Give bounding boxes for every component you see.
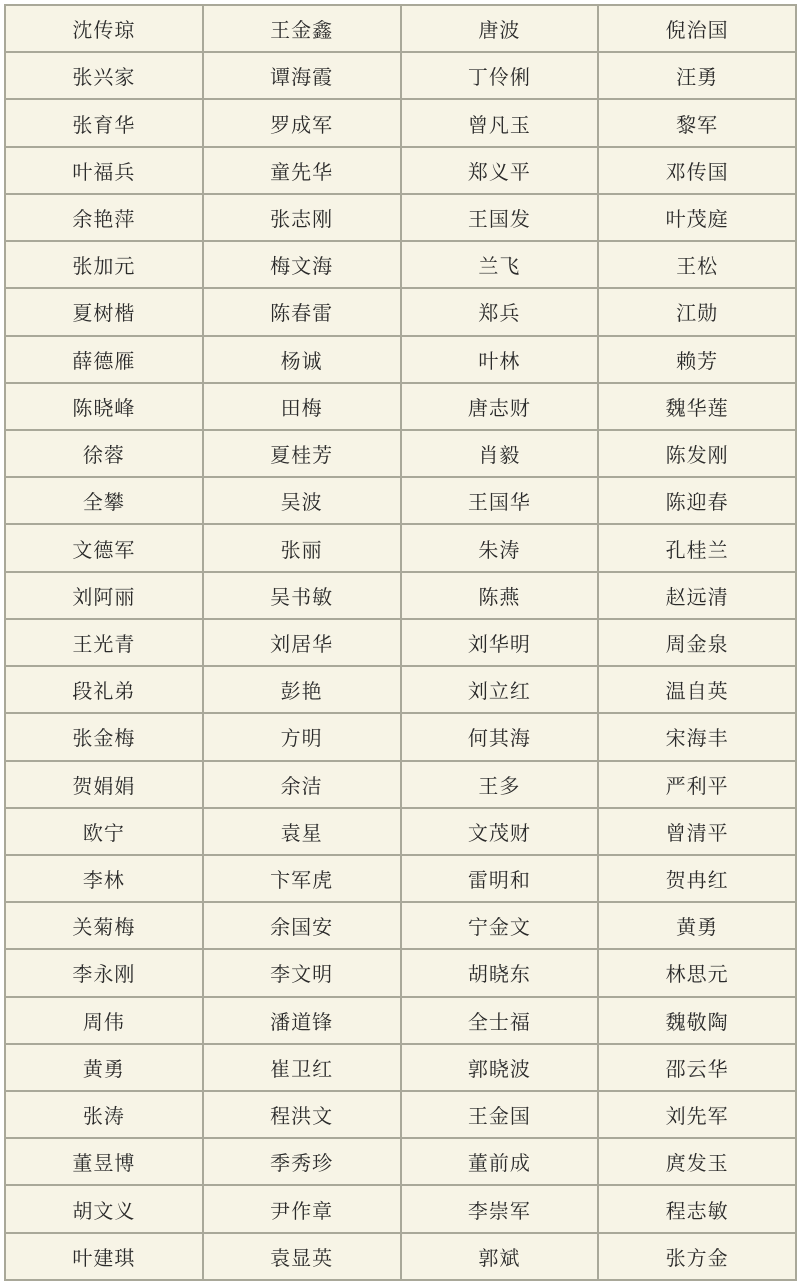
name-cell: 程洪文 <box>203 1091 401 1138</box>
name-cell: 叶福兵 <box>5 147 203 194</box>
name-cell: 唐志财 <box>401 383 599 430</box>
name-cell: 邵云华 <box>598 1044 796 1091</box>
name-cell: 丁伶俐 <box>401 52 599 99</box>
name-cell: 黎军 <box>598 99 796 146</box>
name-cell: 余国安 <box>203 902 401 949</box>
name-cell: 卞军虎 <box>203 855 401 902</box>
name-cell: 张涛 <box>5 1091 203 1138</box>
name-cell: 倪治国 <box>598 5 796 52</box>
name-cell: 曾凡玉 <box>401 99 599 146</box>
table-row: 胡文义尹作章李崇军程志敏 <box>5 1185 796 1232</box>
table-row: 沈传琼王金鑫唐波倪治国 <box>5 5 796 52</box>
table-row: 张兴家谭海霞丁伶俐汪勇 <box>5 52 796 99</box>
name-cell: 程志敏 <box>598 1185 796 1232</box>
name-cell: 尹作章 <box>203 1185 401 1232</box>
name-cell: 夏桂芳 <box>203 430 401 477</box>
name-cell: 王多 <box>401 761 599 808</box>
name-cell: 叶建琪 <box>5 1233 203 1280</box>
name-cell: 王国华 <box>401 477 599 524</box>
name-cell: 张加元 <box>5 241 203 288</box>
table-row: 文德军张丽朱涛孔桂兰 <box>5 524 796 571</box>
name-cell: 刘阿丽 <box>5 572 203 619</box>
name-cell: 季秀珍 <box>203 1138 401 1185</box>
name-cell: 郭斌 <box>401 1233 599 1280</box>
name-cell: 王光青 <box>5 619 203 666</box>
name-cell: 张兴家 <box>5 52 203 99</box>
name-cell: 全攀 <box>5 477 203 524</box>
name-cell: 胡文义 <box>5 1185 203 1232</box>
name-cell: 童先华 <box>203 147 401 194</box>
name-cell: 郑兵 <box>401 288 599 335</box>
name-cell: 田梅 <box>203 383 401 430</box>
name-cell: 魏敬陶 <box>598 997 796 1044</box>
name-cell: 曾清平 <box>598 808 796 855</box>
table-row: 段礼弟彭艳刘立红温自英 <box>5 666 796 713</box>
name-cell: 林思元 <box>598 949 796 996</box>
name-cell: 彭艳 <box>203 666 401 713</box>
name-cell: 吴书敏 <box>203 572 401 619</box>
name-cell: 贺娟娟 <box>5 761 203 808</box>
name-cell: 王金国 <box>401 1091 599 1138</box>
name-cell: 王松 <box>598 241 796 288</box>
name-cell: 叶茂庭 <box>598 194 796 241</box>
name-cell: 夏树楷 <box>5 288 203 335</box>
name-cell: 庹发玉 <box>598 1138 796 1185</box>
name-cell: 文茂财 <box>401 808 599 855</box>
name-cell: 张志刚 <box>203 194 401 241</box>
name-cell: 徐蓉 <box>5 430 203 477</box>
name-cell: 袁星 <box>203 808 401 855</box>
name-cell: 陈燕 <box>401 572 599 619</box>
table-row: 余艳萍张志刚王国发叶茂庭 <box>5 194 796 241</box>
table-row: 刘阿丽吴书敏陈燕赵远清 <box>5 572 796 619</box>
name-cell: 郭晓波 <box>401 1044 599 1091</box>
name-table-body: 沈传琼王金鑫唐波倪治国张兴家谭海霞丁伶俐汪勇张育华罗成军曾凡玉黎军叶福兵童先华郑… <box>5 5 796 1280</box>
name-cell: 段礼弟 <box>5 666 203 713</box>
table-row: 王光青刘居华刘华明周金泉 <box>5 619 796 666</box>
name-cell: 吴波 <box>203 477 401 524</box>
name-cell: 刘华明 <box>401 619 599 666</box>
name-cell: 李文明 <box>203 949 401 996</box>
name-cell: 张金梅 <box>5 713 203 760</box>
name-cell: 赵远清 <box>598 572 796 619</box>
name-cell: 叶林 <box>401 336 599 383</box>
name-cell: 董昱博 <box>5 1138 203 1185</box>
name-cell: 杨诚 <box>203 336 401 383</box>
table-row: 陈晓峰田梅唐志财魏华莲 <box>5 383 796 430</box>
table-row: 黄勇崔卫红郭晓波邵云华 <box>5 1044 796 1091</box>
name-cell: 汪勇 <box>598 52 796 99</box>
name-cell: 余艳萍 <box>5 194 203 241</box>
name-cell: 周伟 <box>5 997 203 1044</box>
name-cell: 董前成 <box>401 1138 599 1185</box>
name-cell: 王国发 <box>401 194 599 241</box>
name-cell: 赖芳 <box>598 336 796 383</box>
name-cell: 张育华 <box>5 99 203 146</box>
name-cell: 刘先军 <box>598 1091 796 1138</box>
name-cell: 宋海丰 <box>598 713 796 760</box>
name-cell: 关菊梅 <box>5 902 203 949</box>
name-cell: 刘居华 <box>203 619 401 666</box>
name-cell: 陈迎春 <box>598 477 796 524</box>
name-cell: 严利平 <box>598 761 796 808</box>
name-cell: 文德军 <box>5 524 203 571</box>
name-cell: 朱涛 <box>401 524 599 571</box>
name-cell: 李永刚 <box>5 949 203 996</box>
name-cell: 李崇军 <box>401 1185 599 1232</box>
table-row: 张加元梅文海兰飞王松 <box>5 241 796 288</box>
table-row: 张金梅方明何其海宋海丰 <box>5 713 796 760</box>
name-cell: 袁显英 <box>203 1233 401 1280</box>
table-row: 关菊梅余国安宁金文黄勇 <box>5 902 796 949</box>
table-row: 董昱博季秀珍董前成庹发玉 <box>5 1138 796 1185</box>
table-row: 张育华罗成军曾凡玉黎军 <box>5 99 796 146</box>
name-cell: 张方金 <box>598 1233 796 1280</box>
name-cell: 唐波 <box>401 5 599 52</box>
name-cell: 薛德雁 <box>5 336 203 383</box>
name-cell: 崔卫红 <box>203 1044 401 1091</box>
name-cell: 李林 <box>5 855 203 902</box>
name-list-sheet: 沈传琼王金鑫唐波倪治国张兴家谭海霞丁伶俐汪勇张育华罗成军曾凡玉黎军叶福兵童先华郑… <box>4 4 797 1281</box>
name-cell: 宁金文 <box>401 902 599 949</box>
name-cell: 孔桂兰 <box>598 524 796 571</box>
table-row: 李永刚李文明胡晓东林思元 <box>5 949 796 996</box>
name-cell: 温自英 <box>598 666 796 713</box>
name-cell: 黄勇 <box>598 902 796 949</box>
name-cell: 欧宁 <box>5 808 203 855</box>
table-row: 叶建琪袁显英郭斌张方金 <box>5 1233 796 1280</box>
table-row: 徐蓉夏桂芳肖毅陈发刚 <box>5 430 796 477</box>
name-table: 沈传琼王金鑫唐波倪治国张兴家谭海霞丁伶俐汪勇张育华罗成军曾凡玉黎军叶福兵童先华郑… <box>4 4 797 1281</box>
name-cell: 张丽 <box>203 524 401 571</box>
table-row: 贺娟娟余洁王多严利平 <box>5 761 796 808</box>
name-cell: 邓传国 <box>598 147 796 194</box>
name-cell: 何其海 <box>401 713 599 760</box>
name-cell: 全士福 <box>401 997 599 1044</box>
name-cell: 王金鑫 <box>203 5 401 52</box>
name-cell: 魏华莲 <box>598 383 796 430</box>
table-row: 周伟潘道锋全士福魏敬陶 <box>5 997 796 1044</box>
table-row: 薛德雁杨诚叶林赖芳 <box>5 336 796 383</box>
name-cell: 罗成军 <box>203 99 401 146</box>
table-row: 叶福兵童先华郑义平邓传国 <box>5 147 796 194</box>
name-cell: 陈发刚 <box>598 430 796 477</box>
name-cell: 周金泉 <box>598 619 796 666</box>
name-cell: 梅文海 <box>203 241 401 288</box>
name-cell: 陈晓峰 <box>5 383 203 430</box>
name-cell: 方明 <box>203 713 401 760</box>
name-cell: 肖毅 <box>401 430 599 477</box>
table-row: 全攀吴波王国华陈迎春 <box>5 477 796 524</box>
name-cell: 沈传琼 <box>5 5 203 52</box>
name-cell: 刘立红 <box>401 666 599 713</box>
name-cell: 江勋 <box>598 288 796 335</box>
name-cell: 郑义平 <box>401 147 599 194</box>
name-cell: 潘道锋 <box>203 997 401 1044</box>
name-cell: 胡晓东 <box>401 949 599 996</box>
name-cell: 贺冉红 <box>598 855 796 902</box>
table-row: 李林卞军虎雷明和贺冉红 <box>5 855 796 902</box>
name-cell: 雷明和 <box>401 855 599 902</box>
name-cell: 谭海霞 <box>203 52 401 99</box>
name-cell: 余洁 <box>203 761 401 808</box>
table-row: 欧宁袁星文茂财曾清平 <box>5 808 796 855</box>
name-cell: 黄勇 <box>5 1044 203 1091</box>
name-cell: 兰飞 <box>401 241 599 288</box>
name-cell: 陈春雷 <box>203 288 401 335</box>
table-row: 夏树楷陈春雷郑兵江勋 <box>5 288 796 335</box>
table-row: 张涛程洪文王金国刘先军 <box>5 1091 796 1138</box>
